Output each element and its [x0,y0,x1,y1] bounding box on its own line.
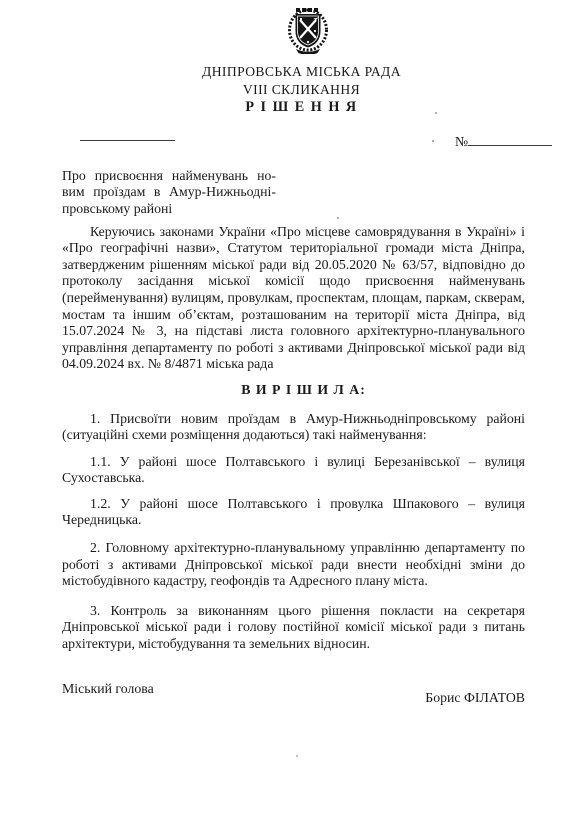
scan-speck [337,217,339,219]
scan-speck [296,755,298,757]
preamble-paragraph: Керуючись законами України «Про місцеве … [62,224,525,373]
signer-name: Борис ФІЛАТОВ [425,690,525,707]
document-page: ДНІПРОВСЬКА МІСЬКА РАДА VIII СКЛИКАННЯ Р… [0,0,584,835]
document-header: ДНІПРОВСЬКА МІСЬКА РАДА VIII СКЛИКАННЯ Р… [70,64,533,116]
document-number: № [455,132,552,151]
resolution-item-1-1: 1.1. У районі шосе Полтавського і вулиці… [62,454,525,487]
document-subject: Про присвоєння найменувань но- вим проїз… [62,168,276,218]
resolution-item-2: 2. Головному архітектурно-планувальному … [62,540,525,590]
date-blank-line [80,140,175,141]
signer-position: Міський голова [62,681,154,698]
subject-line: вим проїздам в Амур-Нижньодні- [62,184,276,201]
subject-line: провському районі [62,201,276,218]
resolved-heading: В И Р І Ш И Л А: [72,382,535,399]
convocation-line: VIII СКЛИКАННЯ [70,82,533,99]
dnipro-coat-of-arms-icon [287,8,329,54]
number-label: № [455,134,468,149]
number-blank-line [468,132,552,146]
signature-row: Міський голова Борис ФІЛАТОВ [62,681,525,707]
scan-speck [435,112,437,114]
resolution-item-1-2: 1.2. У районі шосе Полтавського і провул… [62,496,525,529]
organization-name: ДНІПРОВСЬКА МІСЬКА РАДА [70,64,533,81]
document-type: Р І Ш Е Н Н Я [70,99,533,116]
date-number-row: № [62,130,525,152]
scan-speck [432,140,434,142]
resolution-item-1: 1. Присвоїти новим проїздам в Амур-Нижнь… [62,411,525,444]
resolution-item-3: 3. Контроль за виконанням цього рішення … [62,603,525,653]
subject-line: Про присвоєння найменувань но- [62,168,276,185]
